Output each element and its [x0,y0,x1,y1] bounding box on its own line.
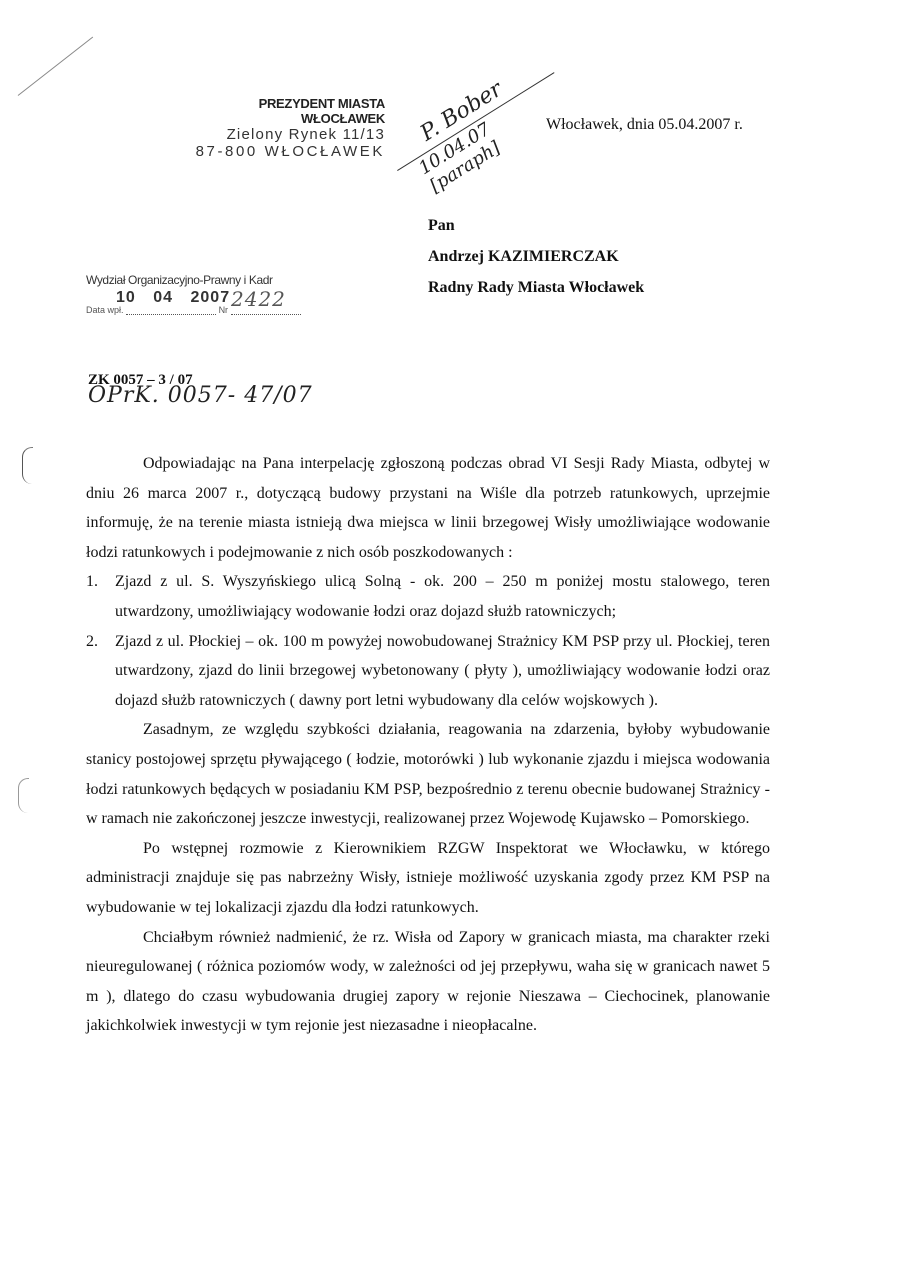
location-list: 1. Zjazd z ul. S. Wyszyńskiego ulicą Sol… [86,567,770,715]
stamp-department: Wydział Organizacyjno-Prawny i Kadr [86,273,311,287]
stamp-date-label: Data wpł. [86,305,124,315]
reference-block: ZK 0057 – 3 / 07 OPrK. 0057- 47/07 [88,372,313,408]
recipient-title: Radny Rady Miasta Włocławek [428,272,644,303]
handwritten-annotation: P. Bober 10.04.07 [paraph] [378,36,572,214]
paragraph-rzgw: Po wstępnej rozmowie z Kierownikiem RZGW… [86,834,770,923]
stamp-date-month: 04 [153,289,173,306]
registration-stamp: Wydział Organizacyjno-Prawny i Kadr 10 0… [86,273,311,315]
sender-address: Zielony Rynek 11/13 [180,126,385,143]
stamp-date-year: 2007 [191,289,231,306]
letter-body: Odpowiadając na Pana interpelację zgłosz… [86,449,770,1041]
stamp-dotted-line [231,314,301,315]
scan-corner-mark [18,37,93,96]
hole-punch-mark [18,778,29,813]
list-item-text: Zjazd z ul. Płockiej – ok. 100 m powyżej… [115,633,770,709]
sender-name: PREZYDENT MIASTA WŁOCŁAWEK [180,96,385,126]
stamp-registration-number: 2422 [231,287,286,311]
stamp-dotted-line [126,314,216,315]
stamp-number-label: Nr [219,305,229,315]
place-and-date: Włocławek, dnia 05.04.2007 r. [546,116,743,134]
sender-city: 87-800 WŁOCŁAWEK [180,143,385,160]
list-item-number: 1. [86,567,98,597]
recipient-salutation: Pan [428,210,644,241]
stamp-date-day: 10 [116,289,136,306]
stamp-bottom-row: Data wpł. Nr 2422 [86,305,311,315]
hole-punch-mark [22,447,33,484]
paragraph-river: Chciałbym również nadmienić, że rz. Wisł… [86,923,770,1041]
paragraph-recommendation: Zasadnym, ze względu szybkości działania… [86,715,770,833]
list-item: 1. Zjazd z ul. S. Wyszyńskiego ulicą Sol… [86,567,770,626]
list-item-number: 2. [86,627,98,657]
recipient-name: Andrzej KAZIMIERCZAK [428,241,644,272]
paragraph-intro: Odpowiadając na Pana interpelację zgłosz… [86,449,770,567]
recipient-block: Pan Andrzej KAZIMIERCZAK Radny Rady Mias… [428,210,644,303]
list-item-text: Zjazd z ul. S. Wyszyńskiego ulicą Solną … [115,573,770,620]
sender-stamp: PREZYDENT MIASTA WŁOCŁAWEK Zielony Rynek… [180,96,385,160]
list-item: 2. Zjazd z ul. Płockiej – ok. 100 m powy… [86,627,770,716]
reference-handwritten: OPrK. 0057- 47/07 [88,383,313,408]
